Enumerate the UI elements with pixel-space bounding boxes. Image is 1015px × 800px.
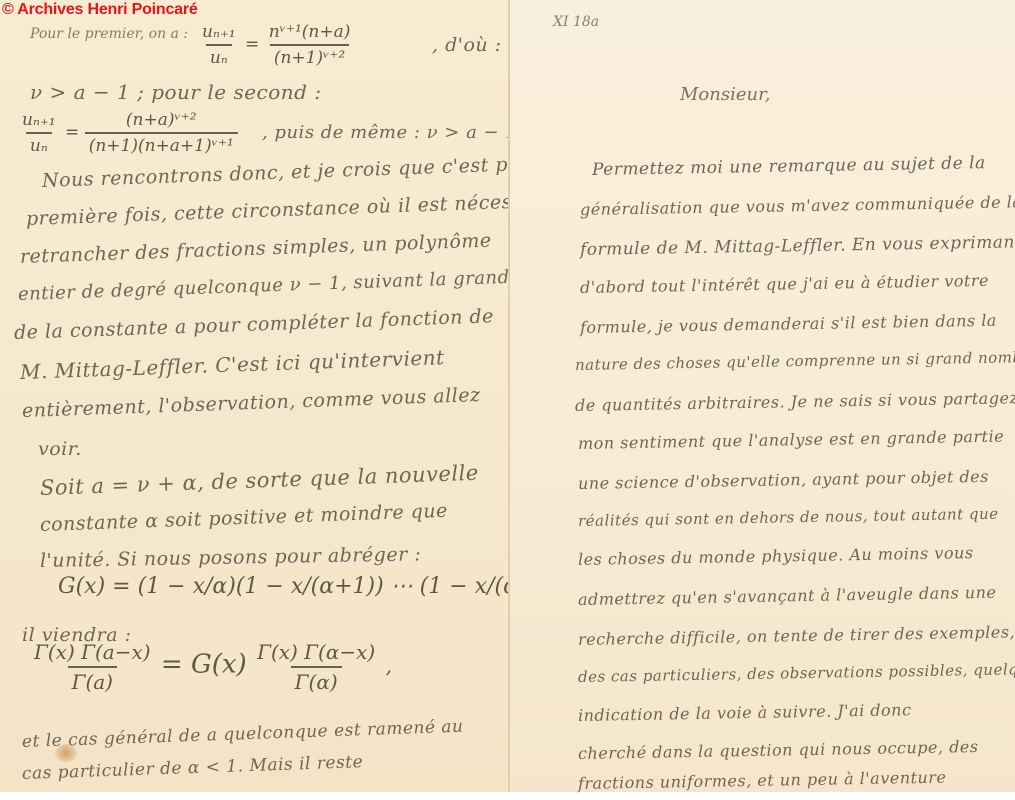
handwritten-line: ν > a − 1 ; pour le second : [30, 80, 322, 104]
handwritten-line: Soit a = ν + α, de sorte que la nouvelle [40, 461, 480, 500]
handwritten-line: de la constante a pour compléter la fonc… [14, 305, 495, 344]
formula-g-definition: G(x) = (1 − x/α)(1 − x/(α+1)) ⋯ (1 − x/(… [58, 574, 510, 599]
handwritten-line: , d'où : [432, 34, 502, 56]
formula-ratio-second: uₙ₊₁uₙ = (n+a)ᵛ⁺²(n+1)(n+a+1)ᵛ⁺¹ [18, 110, 238, 156]
handwritten-line: , puis de même : ν > a − 1 [262, 122, 510, 143]
salutation: Monsieur, [680, 84, 770, 105]
handwritten-line: M. Mittag-Leffler. C'est ici qu'intervie… [20, 345, 445, 384]
handwritten-line: retrancher des fractions simples, un pol… [20, 230, 492, 268]
archive-reference-number: XI 18a [553, 14, 599, 30]
formula-gamma-identity: Γ(x) Γ(a−x)Γ(a) = G(x) Γ(x) Γ(α−x)Γ(α) , [30, 640, 392, 694]
copyright-watermark: © Archives Henri Poincaré [2, 0, 198, 20]
handwritten-line: entier de degré quelconque ν − 1, suivan… [18, 266, 510, 305]
handwritten-line: Pour le premier, on a : [30, 26, 188, 42]
left-page: Pour le premier, on a : uₙ₊₁uₙ = nᵛ⁺¹(n+… [0, 0, 510, 792]
handwritten-line: voir. [38, 438, 82, 460]
handwritten-line: constante α soit positive et moindre que [40, 500, 449, 536]
paper-stain [55, 744, 77, 762]
formula-ratio-first: uₙ₊₁uₙ = nᵛ⁺¹(n+a)(n+1)ᵛ⁺² [198, 22, 354, 68]
handwritten-line: Nous rencontrons donc, et je crois que c… [42, 152, 510, 192]
handwritten-line: première fois, cette circonstance où il … [26, 188, 510, 230]
handwritten-line: et le cas général de a quelconque est ra… [22, 717, 464, 752]
handwritten-line: entièrement, l'observation, comme vous a… [22, 384, 481, 422]
manuscript-scan: © Archives Henri Poincaré Pour le premie… [0, 0, 1015, 800]
handwritten-line: l'unité. Si nous posons pour abréger : [40, 543, 421, 572]
